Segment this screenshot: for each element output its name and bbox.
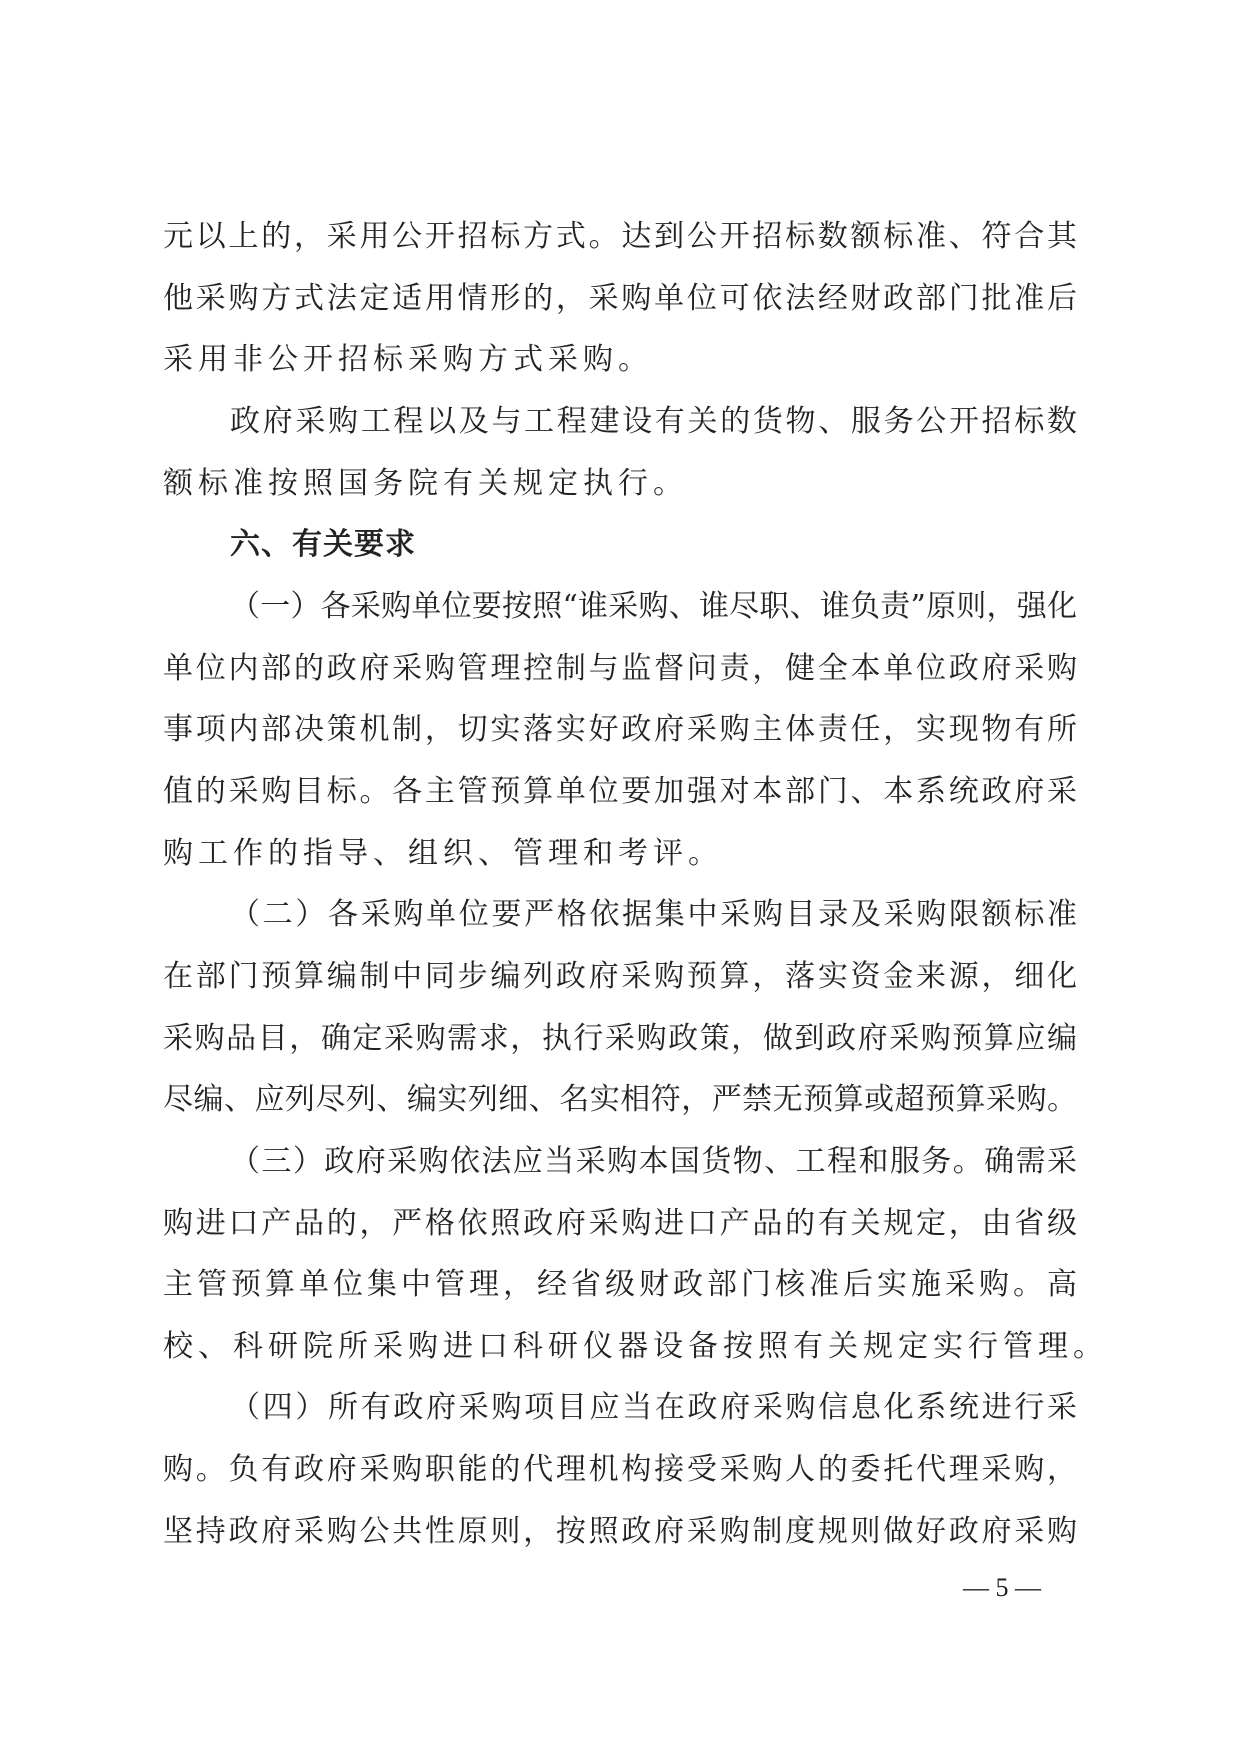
paragraph-start-line: （一）各采购单位要按照“谁采购、谁尽职、谁负责”原则，强化	[163, 576, 1077, 638]
text-line: 坚持政府采购公共性原则，按照政府采购制度规则做好政府采购	[163, 1501, 1077, 1563]
paragraph-start-line: （二）各采购单位要严格依据集中采购目录及采购限额标准	[163, 884, 1077, 946]
text-line: 值的采购目标。各主管预算单位要加强对本部门、本系统政府采	[163, 761, 1077, 823]
page-number: — 5 —	[952, 1570, 1052, 1606]
paragraph-start-line: 政府采购工程以及与工程建设有关的货物、服务公开招标数	[163, 391, 1077, 453]
text-line: 元以上的，采用公开招标方式。达到公开招标数额标准、符合其	[163, 206, 1077, 268]
text-line: 他采购方式法定适用情形的，采购单位可依法经财政部门批准后	[163, 268, 1077, 330]
paragraph-start-line: （四）所有政府采购项目应当在政府采购信息化系统进行采	[163, 1377, 1077, 1439]
text-line: 购。负有政府采购职能的代理机构接受采购人的委托代理采购，	[163, 1439, 1077, 1501]
text-line: 采用非公开招标采购方式采购。	[163, 329, 1077, 391]
text-line: 在部门预算编制中同步编列政府采购预算，落实资金来源，细化	[163, 946, 1077, 1008]
paragraph-start-line: （三）政府采购依法应当采购本国货物、工程和服务。确需采	[163, 1131, 1077, 1193]
text-line: 采购品目，确定采购需求，执行采购政策，做到政府采购预算应编	[163, 1008, 1077, 1070]
text-line: 购进口产品的，严格依照政府采购进口产品的有关规定，由省级	[163, 1193, 1077, 1255]
text-line: 额标准按照国务院有关规定执行。	[163, 453, 1077, 515]
text-line: 事项内部决策机制，切实落实好政府采购主体责任，实现物有所	[163, 699, 1077, 761]
text-line: 主管预算单位集中管理，经省级财政部门核准后实施采购。高	[163, 1254, 1077, 1316]
section-heading: 六、有关要求	[163, 514, 1077, 576]
text-line: 购工作的指导、组织、管理和考评。	[163, 823, 1077, 885]
document-page: 元以上的，采用公开招标方式。达到公开招标数额标准、符合其 他采购方式法定适用情形…	[0, 0, 1240, 1753]
text-line: 校、科研院所采购进口科研仪器设备按照有关规定实行管理。	[163, 1316, 1077, 1378]
text-line: 尽编、应列尽列、编实列细、名实相符，严禁无预算或超预算采购。	[163, 1069, 1077, 1131]
body-text: 元以上的，采用公开招标方式。达到公开招标数额标准、符合其 他采购方式法定适用情形…	[163, 206, 1077, 1562]
text-line: 单位内部的政府采购管理控制与监督问责，健全本单位政府采购	[163, 638, 1077, 700]
